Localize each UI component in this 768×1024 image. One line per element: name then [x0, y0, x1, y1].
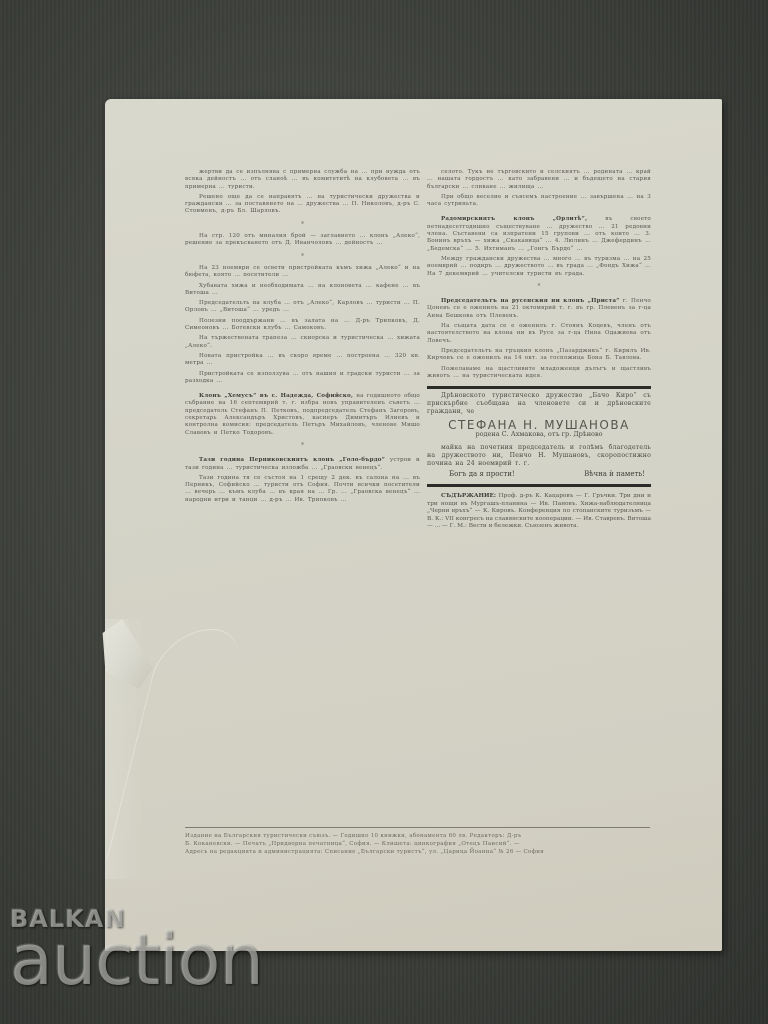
article-paragraph: Председательтъ на русенския ни клонъ „Пр… [427, 298, 651, 320]
article-text: Новата пристройка ... въ скоро време ...… [185, 353, 420, 366]
section-separator-star: * [185, 253, 420, 260]
article-paragraph: Председательтъ на гръцкия клонъ „Пазардж… [427, 348, 651, 363]
obituary-body: майка на почетния председатель и голѣмъ … [427, 444, 651, 468]
article-text: При общо веселие и съвсемъ настроение ..… [427, 194, 651, 207]
article-paragraph: Пристройката се използува ... отъ нашия … [185, 371, 420, 386]
article-paragraph: Хубавата хижа и необходимата ... на клон… [185, 283, 420, 298]
right-column-text: селото. Тукъ не търговскито и селскиятъ … [427, 169, 651, 380]
contents-label: СЪДЪРЖАНИЕ: [441, 493, 496, 499]
section-separator-star: * [185, 221, 420, 228]
article-heading: Председательтъ на русенския ни клонъ „Пр… [441, 298, 620, 304]
obituary-closing: Богъ да я прости! Вѣчна ѝ паметь! [427, 468, 651, 481]
article-paragraph: Клонъ „Хемусъ“ въ с. Надежда, Софийско, … [185, 393, 420, 437]
article-paragraph: Тази година Перниковскиятъ клонъ „Голо-б… [185, 457, 420, 472]
article-paragraph: На тържествената трапеза ... скиорска и … [185, 335, 420, 350]
imprint-footer: Издание на Българския туристически съюзъ… [185, 832, 650, 856]
article-paragraph: Пожелаваме на щастливите младоженци дълъ… [427, 366, 651, 381]
article-heading: Тази година Перниковскиятъ клонъ „Голо-б… [199, 457, 385, 463]
right-column: селото. Тукъ не търговскито и селскиятъ … [427, 169, 651, 531]
obituary-closing-left: Богъ да я прости! [449, 471, 515, 478]
footer-line: Адресъ на редакцията и администрацията: … [185, 848, 650, 856]
section-separator-star: * [427, 283, 651, 290]
article-text: Пристройката се използува ... отъ нашия … [185, 371, 420, 384]
obituary-bottom-rule [427, 484, 651, 487]
article-text: Хубавата хижа и необходимата ... на клон… [185, 283, 420, 296]
article-text: На 23 ноември се освети пристройката към… [185, 265, 420, 278]
article-text: жертви да се изпълнява с примерна служба… [185, 169, 420, 190]
obituary-top-rule [427, 386, 651, 389]
article-paragraph: При общо веселие и съвсемъ настроение ..… [427, 194, 651, 209]
left-column: жертви да се изпълнява с примерна служба… [185, 169, 420, 507]
document-page: жертви да се изпълнява с примерна служба… [105, 99, 722, 951]
footer-rule [185, 827, 650, 828]
article-text: На същата дата се е оженилъ г. Стоянъ Ко… [427, 323, 651, 344]
obituary-intro: Дрѣновското туристическо дружество „Бачо… [427, 392, 651, 416]
article-text: Решено още да се направятъ ... на турист… [185, 194, 420, 215]
table-of-contents: СЪДЪРЖАНИЕ: Проф. д-ръ К. Кацаровъ — Г. … [427, 493, 651, 531]
obituary-born: родена С. Ахмакова, отъ гр. Дрѣново [427, 431, 651, 438]
article-text: на годишното общо събрание на 16 септемв… [185, 393, 420, 435]
article-paragraph: Председательть на клуба ... отъ „Алеко“,… [185, 300, 420, 315]
article-paragraph: Радомирскиятъ клонъ „Орлитѣ“, въ своето … [427, 216, 651, 252]
article-text: На тържествената трапеза ... скиорска и … [185, 335, 420, 348]
watermark-line2: auction [10, 929, 263, 991]
article-text: Между граждански дружества ... много ...… [427, 256, 651, 277]
article-text: Председательть на клуба ... отъ „Алеко“,… [185, 300, 420, 313]
balkan-auction-watermark: BALKAN auction [10, 905, 263, 991]
article-paragraph: На същата дата се е оженилъ г. Стоянъ Ко… [427, 323, 651, 345]
article-paragraph: Тази година тя се състоя на 1 срещу 2 де… [185, 475, 420, 504]
article-paragraph: На стр. 120 отъ миналия брой — заглавиет… [185, 233, 420, 248]
footer-line: Издание на Българския туристически съюзъ… [185, 832, 650, 840]
obituary-notice: Дрѣновското туристическо дружество „Бачо… [427, 386, 651, 487]
article-text: Пожелаваме на щастливите младоженци дълъ… [427, 366, 651, 379]
article-paragraph: Между граждански дружества ... много ...… [427, 256, 651, 278]
article-heading: Клонъ „Хемусъ“ въ с. Надежда, Софийско, [199, 393, 353, 399]
footer-line: Б. Коканевски. — Печатъ „Придворна печат… [185, 840, 650, 848]
article-paragraph: На 23 ноември се освети пристройката към… [185, 265, 420, 280]
article-text: Полезни пооддържани ... въ залата на ...… [185, 318, 420, 331]
article-text: селото. Тукъ не търговскито и селскиятъ … [427, 169, 651, 190]
article-text: Председательтъ на гръцкия клонъ „Пазардж… [427, 348, 651, 361]
section-separator-star: * [185, 442, 420, 449]
article-paragraph: жертви да се изпълнява с примерна служба… [185, 169, 420, 191]
torn-corner [97, 619, 153, 689]
article-paragraph: Полезни пооддържани ... въ залата на ...… [185, 318, 420, 333]
article-paragraph: селото. Тукъ не търговскито и селскиятъ … [427, 169, 651, 191]
article-paragraph: Новата пристройка ... въ скоро време ...… [185, 353, 420, 368]
paper-crease [106, 629, 245, 860]
article-text: Тази година тя се състоя на 1 срещу 2 де… [185, 475, 420, 503]
article-text: На стр. 120 отъ миналия брой — заглавиет… [185, 233, 420, 246]
article-paragraph: Решено още да се направятъ ... на турист… [185, 194, 420, 216]
obituary-closing-right: Вѣчна ѝ паметь! [584, 471, 645, 478]
article-heading: Радомирскиятъ клонъ „Орлитѣ“, [441, 216, 587, 222]
obituary-name: СТЕФАНА Н. МУШАНОВА [427, 422, 651, 429]
